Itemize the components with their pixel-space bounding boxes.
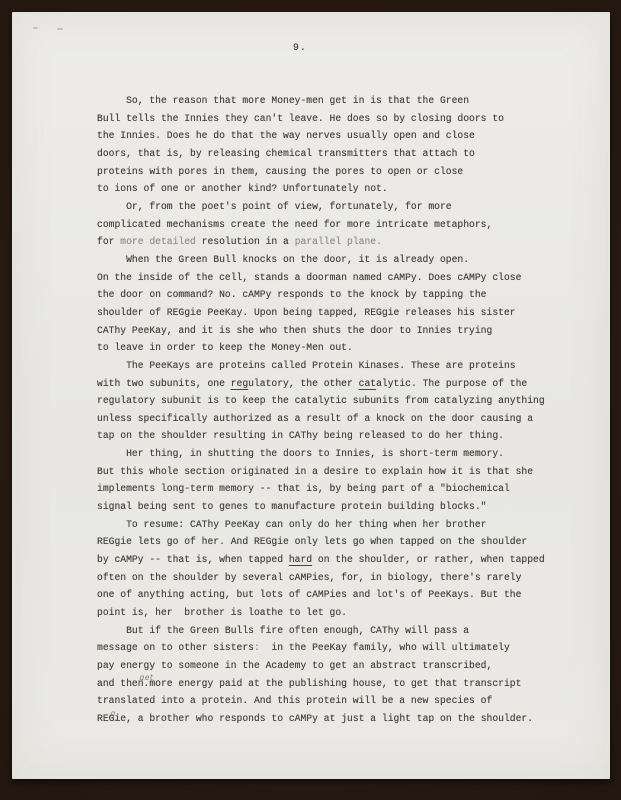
text-segment: Bull tells the Innies they can't leave. … [97,113,504,124]
text-segment: The PeeKays are proteins called Protein … [97,360,516,371]
text-segment: proteins with pores in them, causing the… [97,166,463,177]
paragraph: Her thing, in shutting the doors to Inni… [97,445,577,516]
text-segment: more energy paid at the publishing house… [149,678,521,689]
paper-speck [57,28,63,30]
text-segment: for [97,236,120,247]
handwritten-note: get [140,674,154,682]
document-page: 9. So, the reason that more Money-men ge… [12,12,610,779]
text-line: the Innies. Does he do that the way nerv… [97,127,577,145]
text-line: To resume: CAThy PeeKay can only do her … [97,516,577,534]
text-line: doors, that is, by releasing chemical tr… [97,145,577,163]
text-segment: CAThy PeeKay, and it is she who then shu… [97,325,492,336]
text-segment: more detailed [120,236,196,247]
typo-correction: .get [144,675,150,693]
text-segment: alytic. The purpose of the [376,378,527,389]
text-line: to leave in order to keep the Money-Men … [97,339,577,357]
text-line: Bull tells the Innies they can't leave. … [97,110,577,128]
text-segment: reg [231,378,248,389]
text-line: unless specifically authorized as a resu… [97,410,577,428]
text-segment: the door on command? No. cAMPy responds … [97,289,487,300]
paragraph: But if the Green Bulls fire often enough… [97,622,577,728]
handwritten-note: g [110,710,115,718]
text-segment: translated into a protein. And this prot… [97,695,492,706]
text-segment: unless specifically authorized as a resu… [97,413,533,424]
text-line: On the inside of the cell, stands a door… [97,269,577,287]
text-line: translated into a protein. And this prot… [97,692,577,710]
text-segment: to leave in order to keep the Money-Men … [97,342,353,353]
text-line: When the Green Bull knocks on the door, … [97,251,577,269]
text-segment: complicated mechanisms create the need f… [97,219,492,230]
text-line: Her thing, in shutting the doors to Inni… [97,445,577,463]
text-segment: But this whole section originated in a d… [97,466,533,477]
text-line: pay energy to someone in the Academy to … [97,657,577,675]
text-segment: signal being sent to genes to manufactur… [97,501,487,512]
paragraph: So, the reason that more Money-men get i… [97,92,577,198]
text-line: signal being sent to genes to manufactur… [97,498,577,516]
text-segment: parallel plane. [295,236,382,247]
text-segment: and then [97,678,144,689]
text-segment: To resume: CAThy PeeKay can only do her … [97,519,487,530]
text-segment: with two subunits, one [97,378,231,389]
text-segment: e, a brother who responds to cAMPy at ju… [120,713,533,724]
text-line: tap on the shoulder resulting in CAThy b… [97,427,577,445]
text-segment: often on the shoulder by several cAMPies… [97,572,521,583]
text-line: complicated mechanisms create the need f… [97,216,577,234]
text-line: The PeeKays are proteins called Protein … [97,357,577,375]
text-segment: So, the reason that more Money-men get i… [97,95,469,106]
text-line: with two subunits, one regulatory, the o… [97,375,577,393]
text-segment: REGgie lets go of her. And REGgie only l… [97,536,527,547]
text-segment: ulatory, the other [248,378,358,389]
text-segment: On the inside of the cell, stands a door… [97,272,521,283]
text-line: REGig^e, a brother who responds to cAMPy… [97,710,577,728]
paragraph: When the Green Bull knocks on the door, … [97,251,577,357]
text-segment: on the shoulder, or rather, when tapped [312,554,545,565]
text-segment: pay energy to someone in the Academy to … [97,660,492,671]
paper-speck [33,27,38,29]
text-line: regulatory subunit is to keep the cataly… [97,392,577,410]
paragraph: The PeeKays are proteins called Protein … [97,357,577,445]
text-segment: in the PeeKay family, who will ultimatel… [260,642,510,653]
text-line: one of anything acting, but lots of cAMP… [97,586,577,604]
text-line: proteins with pores in them, causing the… [97,163,577,181]
text-line: by cAMPy -- that is, when tapped hard on… [97,551,577,569]
text-segment: regulatory subunit is to keep the cataly… [97,395,545,406]
text-line: to ions of one or another kind? Unfortun… [97,180,577,198]
text-line: So, the reason that more Money-men get i… [97,92,577,110]
page-number: 9. [293,42,307,53]
text-segment: implements long-term memory -- that is, … [97,483,510,494]
text-segment: the Innies. Does he do that the way nerv… [97,130,475,141]
text-line: Or, from the poet's point of view, fortu… [97,198,577,216]
text-segment: shoulder of REGgie PeeKay. Upon being ta… [97,307,516,318]
text-line: shoulder of REGgie PeeKay. Upon being ta… [97,304,577,322]
photographed-document: { "colors": { "photo_background": "#2418… [0,0,621,800]
document-body: So, the reason that more Money-men get i… [97,92,577,728]
text-line: message on to other sisters: in the PeeK… [97,639,577,657]
text-line: REGgie lets go of her. And REGgie only l… [97,533,577,551]
typo-correction: ig^ [114,710,120,728]
text-segment: to ions of one or another kind? Unfortun… [97,183,388,194]
text-line: often on the shoulder by several cAMPies… [97,569,577,587]
text-line: CAThy PeeKay, and it is she who then shu… [97,322,577,340]
text-line: But if the Green Bulls fire often enough… [97,622,577,640]
text-segment: one of anything acting, but lots of cAMP… [97,589,521,600]
text-segment: message on to other sisters [97,642,254,653]
text-line: for more detailed resolution in a parall… [97,233,577,251]
text-segment: Or, from the poet's point of view, fortu… [97,201,452,212]
paragraph: Or, from the poet's point of view, fortu… [97,198,577,251]
text-line: But this whole section originated in a d… [97,463,577,481]
text-line: and then.getmore energy paid at the publ… [97,675,577,693]
text-segment: point is, her brother is loathe to let g… [97,607,347,618]
text-segment: by cAMPy -- that is, when tapped [97,554,289,565]
text-segment: But if the Green Bulls fire often enough… [97,625,469,636]
caret-mark: ^ [113,720,118,726]
text-segment: resolution in a [196,236,295,247]
text-segment: hard [289,554,312,565]
text-segment: : [254,642,260,653]
text-segment: cat [359,378,376,389]
text-segment: When the Green Bull knocks on the door, … [97,254,469,265]
text-segment: doors, that is, by releasing chemical tr… [97,148,475,159]
text-line: the door on command? No. cAMPy responds … [97,286,577,304]
text-segment: Her thing, in shutting the doors to Inni… [97,448,504,459]
text-line: implements long-term memory -- that is, … [97,480,577,498]
text-line: point is, her brother is loathe to let g… [97,604,577,622]
paragraph: To resume: CAThy PeeKay can only do her … [97,516,577,622]
text-segment: tap on the shoulder resulting in CAThy b… [97,430,504,441]
